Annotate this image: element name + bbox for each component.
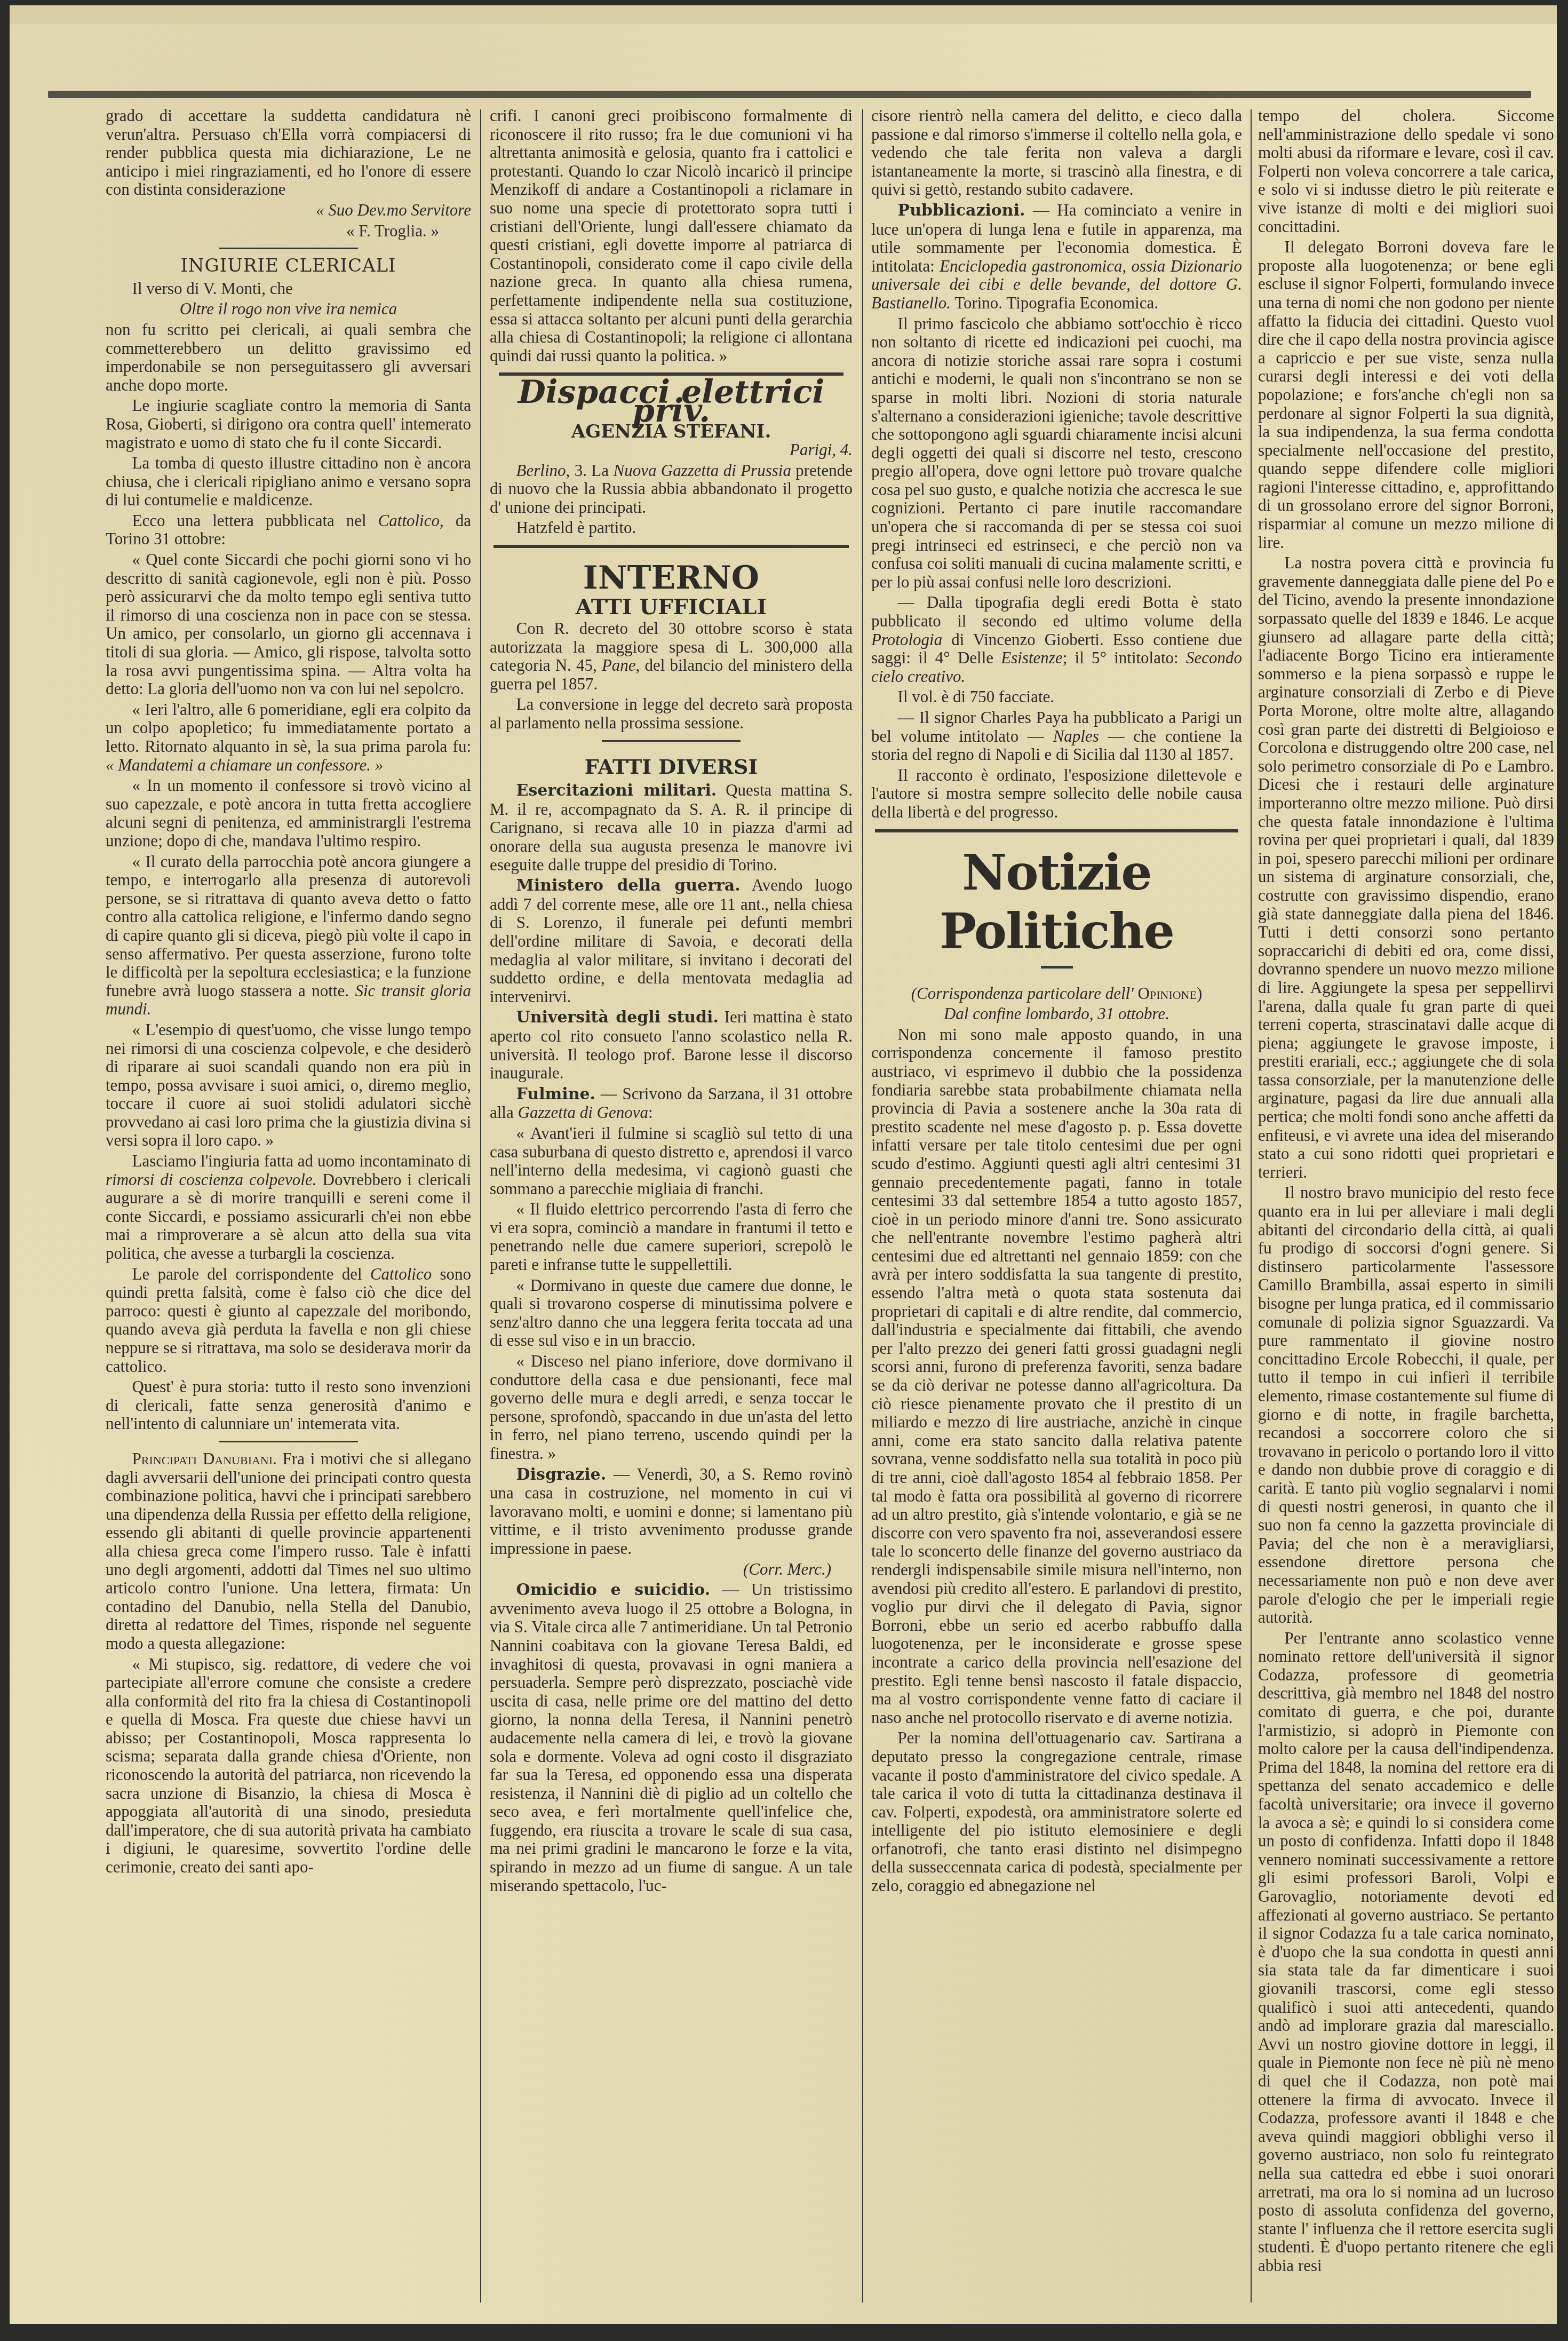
paragraph: Quest' è pura storia: tutto il resto son…	[106, 1378, 471, 1433]
paragraph: tempo del cholera. Siccome nell'amminist…	[1258, 107, 1554, 236]
signature-name: « F. Troglia. »	[106, 222, 471, 241]
paragraph: Le parole del corrispondente del Cattoli…	[106, 1265, 471, 1376]
paragraph: Non mi sono male apposto quando, in una …	[871, 1026, 1242, 1727]
paragraph: « Il curato della parrocchia potè ancora…	[106, 853, 471, 1019]
paragraph: Berlino, 3. La Nuova Gazzetta di Prussia…	[490, 462, 853, 517]
column-2: crifi. I canoni greci proibiscono formal…	[490, 107, 853, 1897]
column-divider	[1251, 109, 1252, 2303]
column-3: cisore rientrò nella camera del delitto,…	[871, 107, 1242, 1898]
paragraph: Con R. decreto del 30 ottobre scorso è s…	[490, 620, 853, 693]
paragraph: « Avant'ieri il fulmine si scagliò sul t…	[490, 1124, 853, 1198]
paragraph: « Quel conte Siccardi che pochi giorni s…	[106, 551, 471, 699]
column-1: grado di accettare la suddetta candidatu…	[106, 107, 471, 1879]
paragraph: Omicidio e suicidio. — Un tristissimo av…	[490, 1581, 853, 1895]
paragraph: crifi. I canoni greci proibiscono formal…	[490, 107, 853, 365]
paragraph: « Dormivano in queste due camere due don…	[490, 1276, 853, 1350]
dateline: Parigi, 4.	[490, 441, 853, 459]
paragraph: Hatzfeld è partito.	[490, 519, 853, 537]
paragraph: « Mi stupisco, sig. redattore, di vedere…	[106, 1655, 471, 1877]
paragraph: « Il fluido elettrico percorrendo l'asta…	[490, 1200, 853, 1274]
paragraph: La tomba di questo illustre cittadino no…	[106, 454, 471, 510]
paragraph: Il delegato Borroni doveva fare le propo…	[1258, 238, 1554, 552]
paragraph: cisore rientrò nella camera del delitto,…	[871, 107, 1242, 199]
column-4: tempo del cholera. Siccome nell'amminist…	[1258, 107, 1554, 2277]
masthead-rule	[48, 91, 1531, 98]
paragraph: Disgrazie. — Venerdì, 30, a S. Remo rovi…	[490, 1465, 853, 1558]
dateline: Dal confine lombardo, 31 ottobre.	[871, 1005, 1242, 1023]
paragraph: — Dalla tipografia degli eredi Botta è s…	[871, 593, 1242, 686]
paragraph: « In un momento il confessore si trovò v…	[106, 776, 471, 850]
paragraph: Fulmine. — Scrivono da Sarzana, il 31 ot…	[490, 1085, 853, 1122]
separator	[875, 829, 1238, 832]
paragraph: Esercitazioni militari. Questa mattina S…	[490, 781, 853, 874]
paragraph: Il verso di V. Monti, che	[106, 280, 471, 298]
section-subtitle-atti: ATTI UFFICIALI	[490, 595, 853, 620]
separator	[219, 248, 358, 249]
paragraph: Per la nomina dell'ottuagenario cav. Sar…	[871, 1729, 1242, 1895]
paragraph: Per l'entrante anno scolastico venne nom…	[1258, 1629, 1554, 2275]
column-divider	[480, 109, 481, 2303]
article-title: INGIURIE CLERICALI	[106, 257, 471, 275]
separator	[494, 545, 849, 548]
paragraph: grado di accettare la suddetta candidatu…	[106, 107, 471, 199]
paragraph: Le ingiurie scagliate contro la memoria …	[106, 396, 471, 452]
paragraph: Il racconto è ordinato, l'esposizione di…	[871, 766, 1242, 822]
paragraph: — Il signor Charles Paya ha pubblicato a…	[871, 709, 1242, 764]
paragraph: « Ieri l'altro, alle 6 pomeridiane, egli…	[106, 701, 471, 774]
separator	[1041, 966, 1073, 969]
paragraph: Il nostro bravo municipio del resto fece…	[1258, 1184, 1554, 1626]
correspondence-note: (Corrispondenza particolare dell' Opinio…	[871, 985, 1242, 1003]
paragraph: Ecco una lettera pubblicata nel Cattolic…	[106, 512, 471, 549]
paragraph: Il vol. è di 750 facciate.	[871, 688, 1242, 707]
section-title-interno: INTERNO	[490, 561, 853, 595]
agency-name: AGENZIA STEFANI.	[490, 423, 853, 441]
paragraph: « L'esempio di quest'uomo, che visse lun…	[106, 1021, 471, 1150]
newspaper-page: grado di accettare la suddetta candidatu…	[10, 5, 1557, 2324]
paragraph: « Disceso nel piano inferiore, dove dorm…	[490, 1352, 853, 1463]
paragraph: Ministero della guerra. Avendo luogo add…	[490, 876, 853, 1006]
paragraph: non fu scritto pei clericali, ai quali s…	[106, 321, 471, 394]
paragraph: La conversione in legge del decreto sarà…	[490, 695, 853, 732]
column-divider	[862, 109, 863, 2303]
signature: « Suo Dev.mo Servitore	[106, 201, 471, 220]
page-top-margin	[10, 5, 1557, 24]
paragraph: Il primo fascicolo che abbiamo sott'occh…	[871, 315, 1242, 592]
paragraph: Università degli studi. Ieri mattina è s…	[490, 1008, 853, 1082]
paragraph: Lasciamo l'ingiuria fatta ad uomo incont…	[106, 1152, 471, 1263]
source-credit: (Corr. Merc.)	[490, 1560, 853, 1579]
paragraph: La nostra povera città e provincia fu gr…	[1258, 554, 1554, 1181]
section-title-dispatches: Dispacci elettrici priv.	[490, 383, 853, 420]
section-title-notizie-politiche: Notizie Politiche	[871, 843, 1242, 961]
paragraph: Pubblicazioni. — Ha cominciato a venire …	[871, 201, 1242, 313]
separator	[602, 740, 741, 742]
verse-quote: Oltre il rogo non vive ira nemica	[106, 300, 471, 319]
paragraph: Principati Danubiani. Fra i motivi che s…	[106, 1450, 471, 1653]
section-title-fatti: FATTI DIVERSI	[490, 758, 853, 776]
separator	[219, 1441, 358, 1442]
